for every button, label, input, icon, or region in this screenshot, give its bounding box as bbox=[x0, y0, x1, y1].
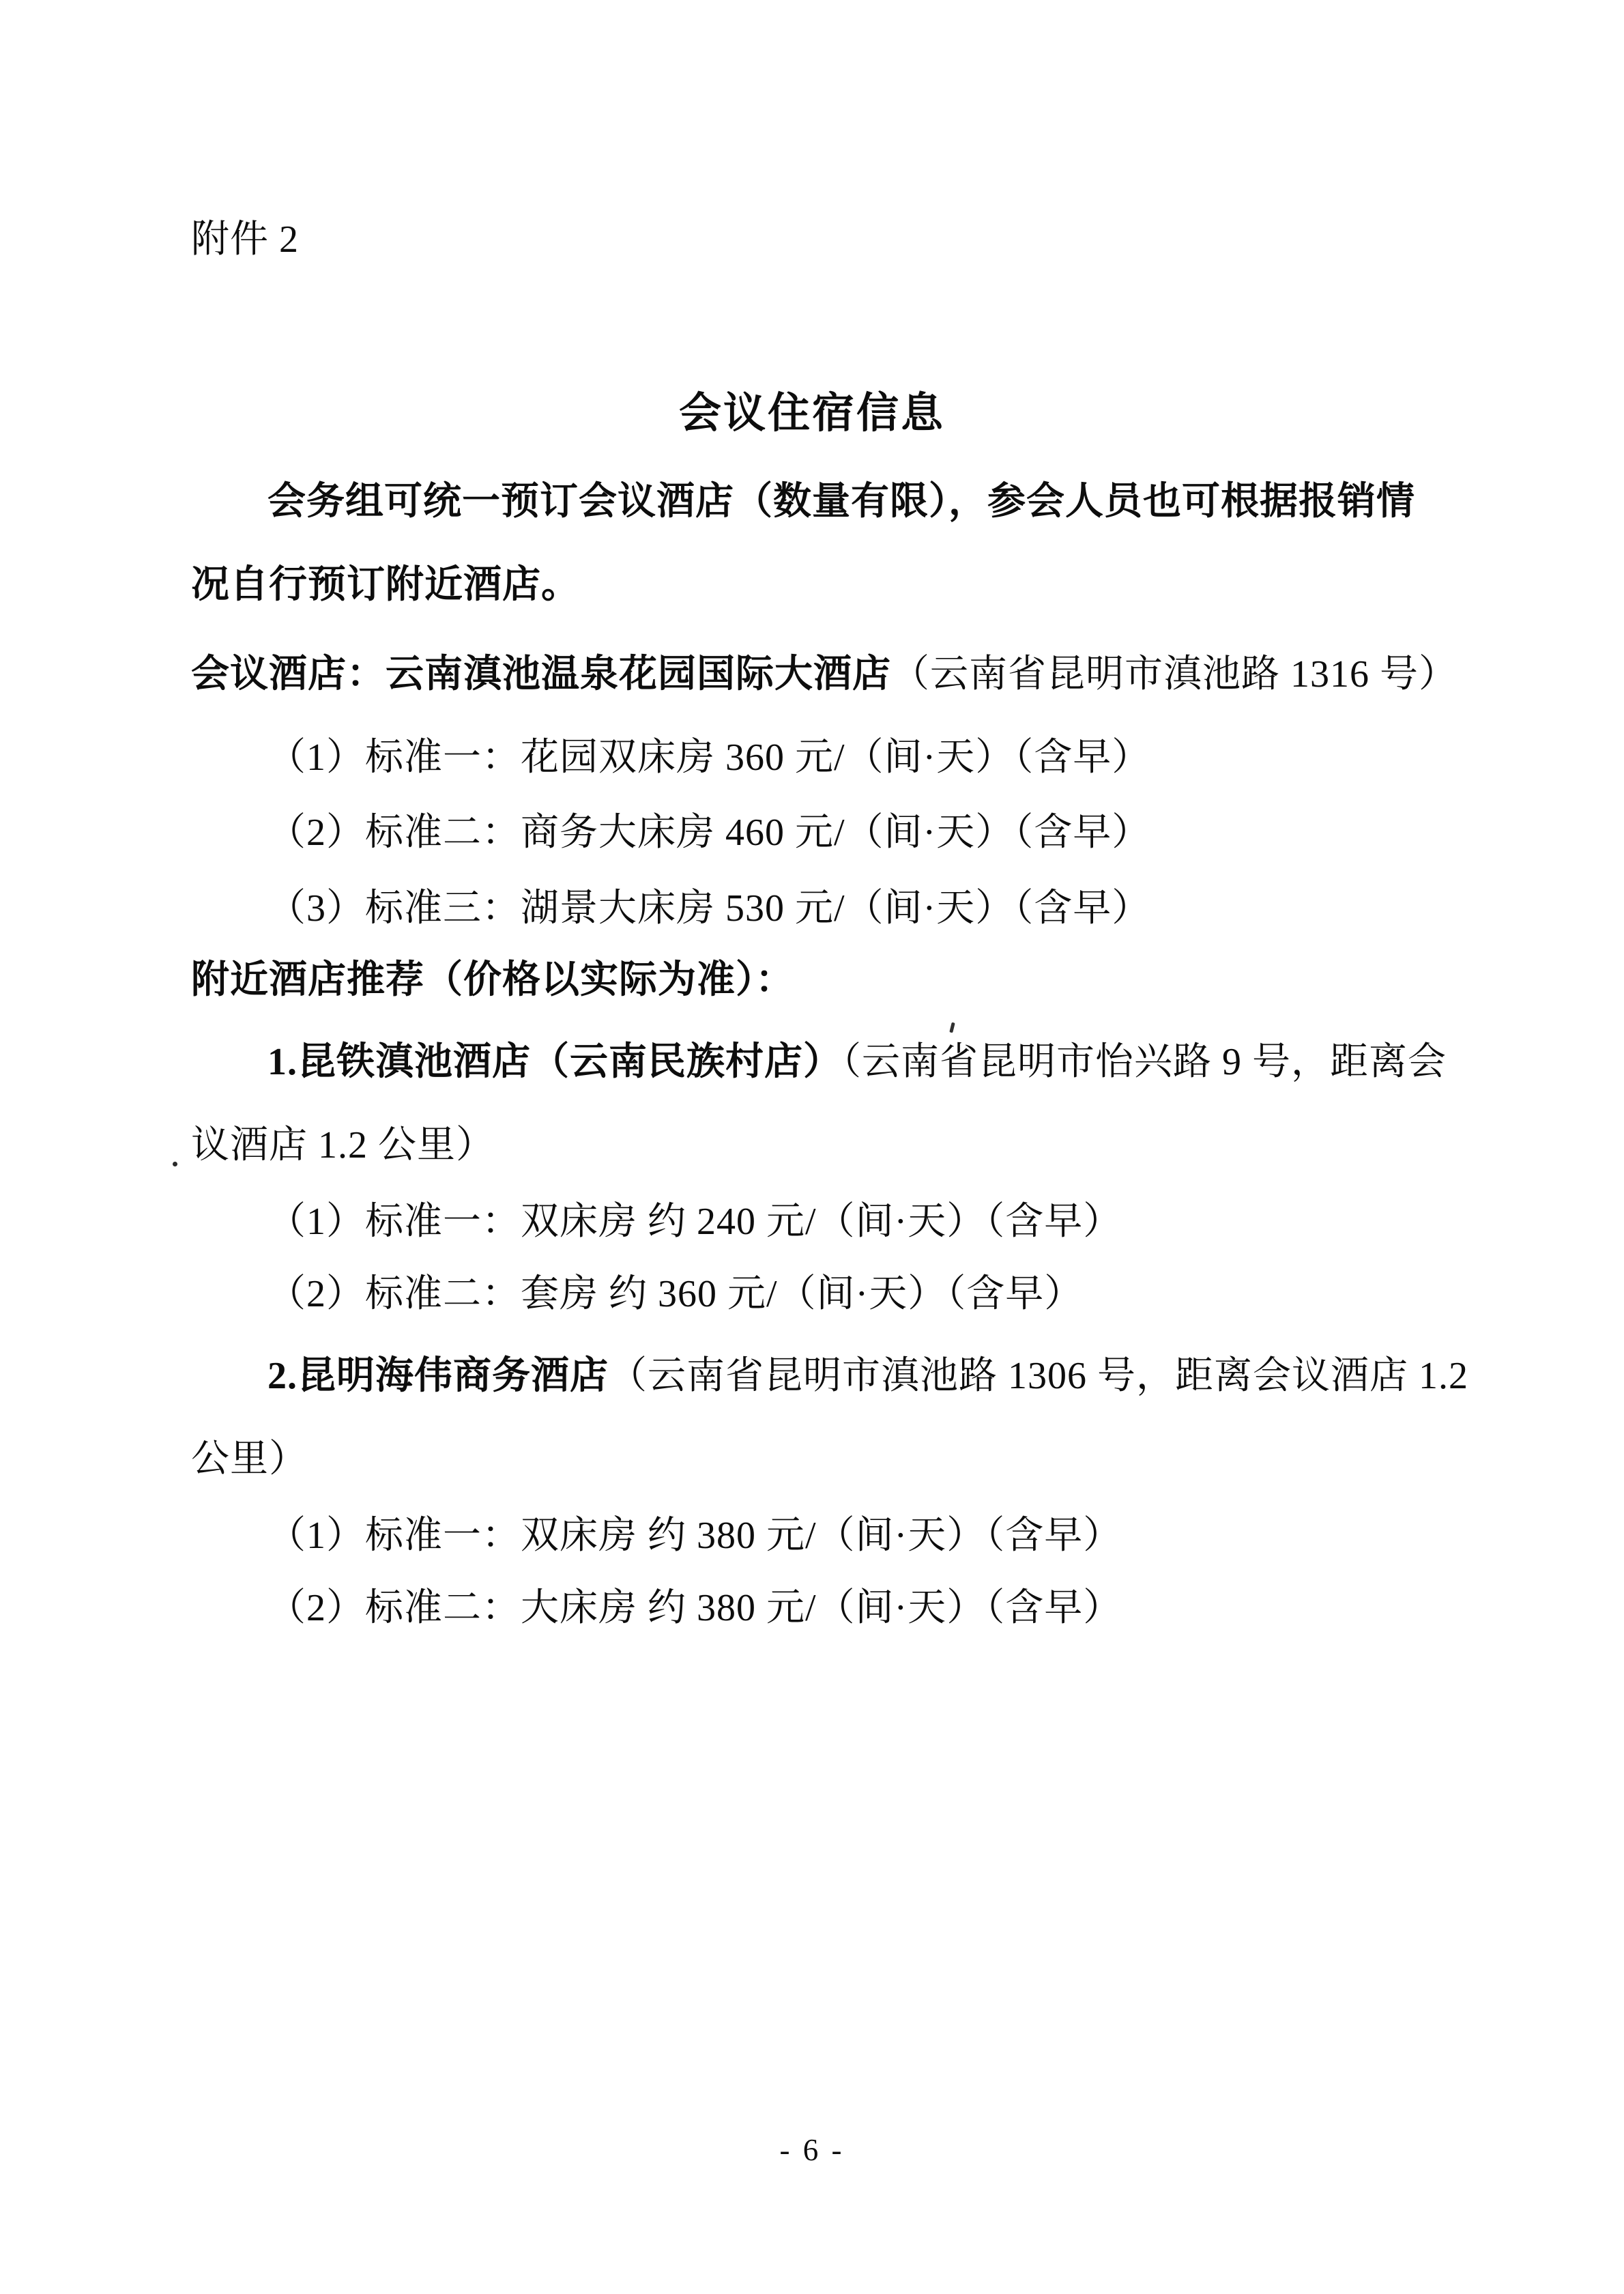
hotel1-line-1: 1.昆铁滇池酒店（云南民族村店）（云南省昆明市怡兴路 9 号，距离会 bbox=[191, 1020, 1467, 1104]
conference-hotel-address: （云南省昆明市滇池路 1316 号） bbox=[891, 653, 1458, 696]
conference-hotel-name: 会议酒店：云南滇池温泉花园国际大酒店 bbox=[191, 653, 891, 696]
hotel2-line-2: 公里） bbox=[191, 1418, 1467, 1501]
hotel2-option-2: （2）标准二：大床房 约 380 元/（间·天）（含早） bbox=[191, 1566, 1467, 1650]
conference-hotel-line: 会议酒店：云南滇池温泉花园国际大酒店（云南省昆明市滇池路 1316 号） bbox=[191, 633, 1467, 716]
hotel1-option-2: （2）标准二：套房 约 360 元/（间·天）（含早） bbox=[191, 1252, 1467, 1336]
page-title: 会议住宿信息 bbox=[0, 384, 1624, 443]
hotel2-option-1: （1）标准一：双床房 约 380 元/（间·天）（含早） bbox=[191, 1494, 1467, 1577]
hotel1-line-2: 议酒店 1.2 公里） bbox=[191, 1104, 1467, 1187]
hotel2-line-1: 2.昆明海伟商务酒店（云南省昆明市滇池路 1306 号，距离会议酒店 1.2 bbox=[191, 1334, 1467, 1418]
conference-option-1: （1）标准一：花园双床房 360 元/（间·天）（含早） bbox=[191, 716, 1467, 799]
hotel2-name: 2.昆明海伟商务酒店 bbox=[267, 1355, 609, 1397]
hotel1-option-1: （1）标准一：双床房 约 240 元/（间·天）（含早） bbox=[191, 1180, 1467, 1263]
attachment-label: 附件 2 bbox=[191, 198, 1467, 281]
scan-artifact-dot bbox=[173, 1162, 177, 1166]
conference-option-3: （3）标准三：湖景大床房 530 元/（间·天）（含早） bbox=[191, 867, 1467, 950]
document-page: 附件 2 会议住宿信息 会务组可统一预订会议酒店（数量有限），参会人员也可根据报… bbox=[0, 0, 1624, 2294]
intro-line-1: 会务组可统一预订会议酒店（数量有限），参会人员也可根据报销情 bbox=[191, 460, 1467, 543]
hotel2-address-part1: （云南省昆明市滇池路 1306 号，距离会议酒店 1.2 bbox=[609, 1355, 1468, 1397]
page-number: - 6 - bbox=[0, 2130, 1624, 2170]
hotel1-address-part1: （云南省昆明市怡兴路 9 号，距离会 bbox=[842, 1041, 1447, 1083]
nearby-hotels-header: 附近酒店推荐（价格以实际为准）： bbox=[191, 938, 1467, 1022]
intro-line-2: 况自行预订附近酒店。 bbox=[191, 543, 1467, 627]
conference-option-2: （2）标准二：商务大床房 460 元/（间·天）（含早） bbox=[191, 791, 1467, 874]
hotel1-name: 1.昆铁滇池酒店（云南民族村店） bbox=[267, 1041, 842, 1083]
